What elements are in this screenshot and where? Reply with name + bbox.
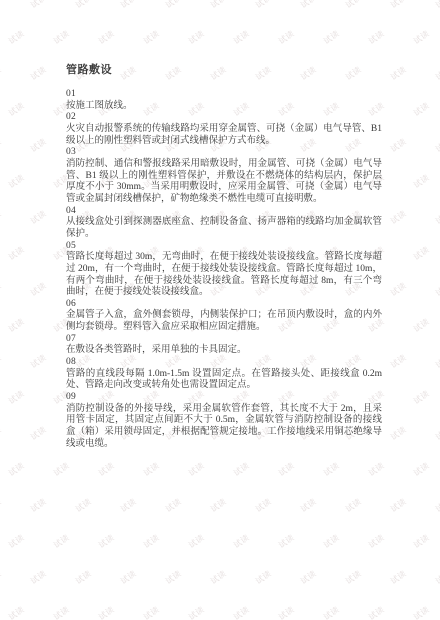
section-text: 金属管子入盒，盒外侧套锁母，内侧装保护口；在吊顶内敷设时，盒的内外侧均套锁母。塑… [66,310,382,333]
section-02: 02 火灾自动报警系统的传输线路均采用穿金属管、可挠（金属）电气导管、B1 级以… [66,112,382,147]
watermark-text: 试读 [231,28,251,47]
watermark-text: 试读 [96,604,116,620]
watermark-text: 试读 [0,424,4,443]
watermark-text: 试读 [163,568,183,587]
watermark-text: 试读 [388,496,408,515]
watermark-text: 试读 [366,532,386,551]
section-05: 05 管路长度每超过 30m，无弯曲时，在便于接线处装设接线盒。管路长度每超过 … [66,241,382,299]
watermark-text: 试读 [253,0,273,11]
watermark-text: 试读 [118,496,138,515]
watermark-text: 试读 [321,604,341,620]
watermark-text: 试读 [411,100,431,119]
watermark-text: 试读 [51,532,71,551]
watermark-text: 试读 [0,568,4,587]
watermark-text: 试读 [298,568,318,587]
watermark-text: 试读 [433,496,440,515]
watermark-text: 试读 [321,28,341,47]
watermark-text: 试读 [0,352,4,371]
section-text: 火灾自动报警系统的传输线路均采用穿金属管、可挠（金属）电气导管、B1 级以上的刚… [66,124,382,147]
watermark-text: 试读 [366,604,386,620]
watermark-text: 试读 [6,532,26,551]
section-text: 管路长度每超过 30m，无弯曲时，在便于接线处装设接线盒。管路长度每超过 20m… [66,252,382,299]
watermark-text: 试读 [208,568,228,587]
section-number: 05 [66,241,382,253]
watermark-text: 试读 [321,532,341,551]
watermark-text: 试读 [388,0,408,11]
watermark-text: 试读 [0,136,4,155]
watermark-text: 试读 [388,280,408,299]
watermark-text: 试读 [28,208,48,227]
watermark-text: 试读 [0,208,4,227]
watermark-text: 试读 [163,496,183,515]
watermark-text: 试读 [28,352,48,371]
section-number: 04 [66,206,382,218]
watermark-text: 试读 [366,28,386,47]
watermark-text: 试读 [433,208,440,227]
watermark-text: 试读 [96,532,116,551]
watermark-text: 试读 [231,460,251,479]
watermark-text: 试读 [411,532,431,551]
section-number: 02 [66,112,382,124]
section-number: 01 [66,89,382,101]
section-06: 06 金属管子入盒，盒外侧套锁母，内侧装保护口；在吊顶内敷设时，盒的内外侧均套锁… [66,299,382,334]
watermark-text: 试读 [276,28,296,47]
watermark-text: 试读 [96,460,116,479]
section-number: 08 [66,357,382,369]
watermark-text: 试读 [141,460,161,479]
watermark-text: 试读 [411,172,431,191]
watermark-text: 试读 [73,0,93,11]
watermark-text: 试读 [366,460,386,479]
watermark-text: 试读 [433,136,440,155]
watermark-text: 试读 [388,64,408,83]
section-text: 消防控制、通信和警报线路采用暗敷设时，用金属管、可挠（金属）电气导管、B1 级以… [66,159,382,206]
watermark-text: 试读 [276,532,296,551]
watermark-text: 试读 [343,568,363,587]
watermark-text: 试读 [231,532,251,551]
watermark-text: 试读 [51,28,71,47]
watermark-text: 试读 [411,28,431,47]
watermark-text: 试读 [118,568,138,587]
watermark-text: 试读 [388,136,408,155]
watermark-text: 试读 [231,604,251,620]
watermark-text: 试读 [6,388,26,407]
watermark-text: 试读 [276,460,296,479]
section-08: 08 管路的直线段每隔 1.0m-1.5m 设置固定点。在管路接头处、距接线盒 … [66,357,382,392]
watermark-text: 试读 [0,496,4,515]
document-content: 管路敷设 01 按施工图放线。 02 火灾自动报警系统的传输线路均采用穿金属管、… [66,63,382,450]
watermark-text: 试读 [208,0,228,11]
watermark-text: 试读 [208,496,228,515]
watermark-text: 试读 [28,280,48,299]
section-number: 03 [66,147,382,159]
watermark-text: 试读 [141,28,161,47]
watermark-text: 试读 [276,604,296,620]
watermark-text: 试读 [0,64,4,83]
section-number: 07 [66,334,382,346]
watermark-text: 试读 [186,460,206,479]
watermark-text: 试读 [141,604,161,620]
watermark-text: 试读 [6,172,26,191]
watermark-text: 试读 [186,28,206,47]
watermark-text: 试读 [141,532,161,551]
watermark-text: 试读 [253,496,273,515]
watermark-text: 试读 [343,496,363,515]
watermark-text: 试读 [186,604,206,620]
watermark-text: 试读 [6,28,26,47]
section-03: 03 消防控制、通信和警报线路采用暗敷设时，用金属管、可挠（金属）电气导管、B1… [66,147,382,205]
section-text: 在敷设各类管路时，采用单独的卡具固定。 [66,345,382,357]
watermark-text: 试读 [253,568,273,587]
watermark-text: 试读 [28,64,48,83]
watermark-text: 试读 [411,460,431,479]
watermark-text: 试读 [298,496,318,515]
watermark-text: 试读 [6,316,26,335]
watermark-text: 试读 [411,316,431,335]
watermark-text: 试读 [388,352,408,371]
watermark-text: 试读 [411,388,431,407]
watermark-text: 试读 [433,64,440,83]
watermark-text: 试读 [6,244,26,263]
watermark-text: 试读 [6,460,26,479]
section-04: 04 从接线盒处引到探测器底座盒、控制设备盒、扬声器箱的线路均加金属软管保护。 [66,206,382,241]
section-01: 01 按施工图放线。 [66,89,382,112]
watermark-text: 试读 [388,424,408,443]
watermark-text: 试读 [118,0,138,11]
watermark-text: 试读 [51,604,71,620]
watermark-text: 试读 [0,0,4,11]
watermark-text: 试读 [433,0,440,11]
watermark-text: 试读 [433,568,440,587]
watermark-text: 试读 [96,28,116,47]
watermark-text: 试读 [28,136,48,155]
section-text: 消防控制设备的外接导线，采用金属软管作套管，其长度不大于 2m，且采用管卡固定，… [66,404,382,451]
watermark-text: 试读 [343,0,363,11]
watermark-text: 试读 [28,424,48,443]
watermark-text: 试读 [433,280,440,299]
watermark-text: 试读 [411,244,431,263]
section-text: 按施工图放线。 [66,101,382,113]
watermark-text: 试读 [163,0,183,11]
watermark-text: 试读 [433,352,440,371]
watermark-text: 试读 [388,208,408,227]
watermark-text: 试读 [73,568,93,587]
watermark-text: 试读 [28,0,48,11]
section-09: 09 消防控制设备的外接导线，采用金属软管作套管，其长度不大于 2m，且采用管卡… [66,392,382,450]
watermark-text: 试读 [433,424,440,443]
watermark-text: 试读 [73,496,93,515]
section-07: 07 在敷设各类管路时，采用单独的卡具固定。 [66,334,382,357]
page-title: 管路敷设 [66,63,382,77]
section-text: 管路的直线段每隔 1.0m-1.5m 设置固定点。在管路接头处、距接线盒 0.2… [66,369,382,392]
section-number: 09 [66,392,382,404]
watermark-text: 试读 [51,460,71,479]
watermark-text: 试读 [298,0,318,11]
section-text: 从接线盒处引到探测器底座盒、控制设备盒、扬声器箱的线路均加金属软管保护。 [66,217,382,240]
watermark-text: 试读 [28,496,48,515]
section-list: 01 按施工图放线。 02 火灾自动报警系统的传输线路均采用穿金属管、可挠（金属… [66,89,382,450]
watermark-text: 试读 [6,100,26,119]
watermark-text: 试读 [411,604,431,620]
watermark-text: 试读 [0,280,4,299]
watermark-text: 试读 [388,568,408,587]
document-page: 试读试读试读试读试读试读试读试读试读试读试读试读试读试读试读试读试读试读试读试读… [0,0,440,620]
watermark-text: 试读 [321,460,341,479]
watermark-text: 试读 [186,532,206,551]
watermark-text: 试读 [6,604,26,620]
watermark-text: 试读 [28,568,48,587]
section-number: 06 [66,299,382,311]
